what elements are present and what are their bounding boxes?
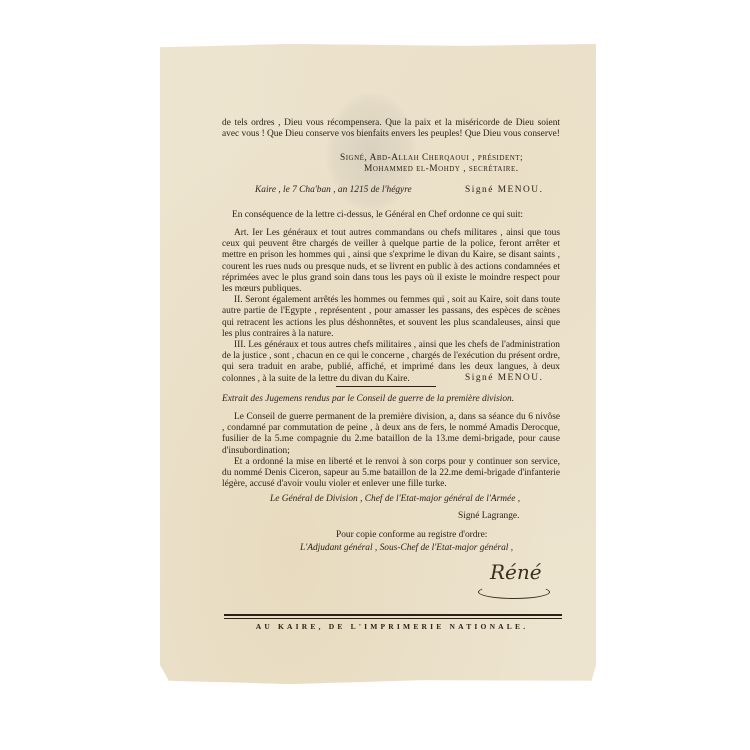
copy-line: Pour copie conforme au registre d'ordre: — [336, 530, 487, 541]
extract-title: Extrait des Jugemens rendus par le Conse… — [222, 394, 560, 405]
adjutant-line: L'Adjudant général , Sous-Chef de l'Etat… — [300, 543, 513, 554]
signed-secretary: Mohammed el-Mohdy , secrétaire. — [364, 164, 519, 174]
opening-paragraph: de tels ordres , Dieu vous récompensera.… — [222, 118, 560, 140]
footer-rule-thick — [224, 614, 562, 616]
judgment-1: Le Conseil de guerre permanent de la pre… — [222, 412, 560, 457]
separator-rule — [336, 386, 436, 387]
article-1: Art. Ier Les généraux et tout autres com… — [222, 228, 560, 295]
signature-flourish — [478, 585, 550, 599]
footer-rule-thin — [224, 618, 562, 619]
article-2: II. Seront également arrêtés les hommes … — [222, 295, 560, 340]
chief-of-staff: Le Général de Division , Chef de l'Etat-… — [270, 494, 520, 505]
dateline-date: Kaire , le 7 Cha'ban , an 1215 de l'hégy… — [255, 185, 412, 196]
opening-signature-1: Signé, Abd-Allah Cherqaoui , président; — [340, 153, 523, 164]
judgments: Le Conseil de guerre permanent de la pre… — [222, 412, 560, 490]
opening-signature-2: Mohammed el-Mohdy , secrétaire. — [364, 164, 519, 175]
intro-line: En conséquence de la lettre ci-dessus, l… — [232, 210, 562, 221]
judgment-2: Et a ordonné la mise en liberté et le re… — [222, 457, 560, 491]
chief-signature: Signé Lagrange. — [458, 511, 519, 522]
handwritten-signature: Réné — [490, 560, 542, 584]
signed-president: Signé, Abd-Allah Cherqaoui , président; — [340, 153, 523, 163]
printer-imprint: AU KAIRE, DE L'IMPRIMERIE NATIONALE. — [222, 622, 562, 631]
opening-text: de tels ordres , Dieu vous récompensera.… — [222, 118, 560, 140]
articles-signature: Signé MENOU. — [465, 373, 543, 384]
dateline-signature: Signé MENOU. — [465, 185, 543, 196]
articles: Art. Ier Les généraux et tout autres com… — [222, 228, 560, 385]
